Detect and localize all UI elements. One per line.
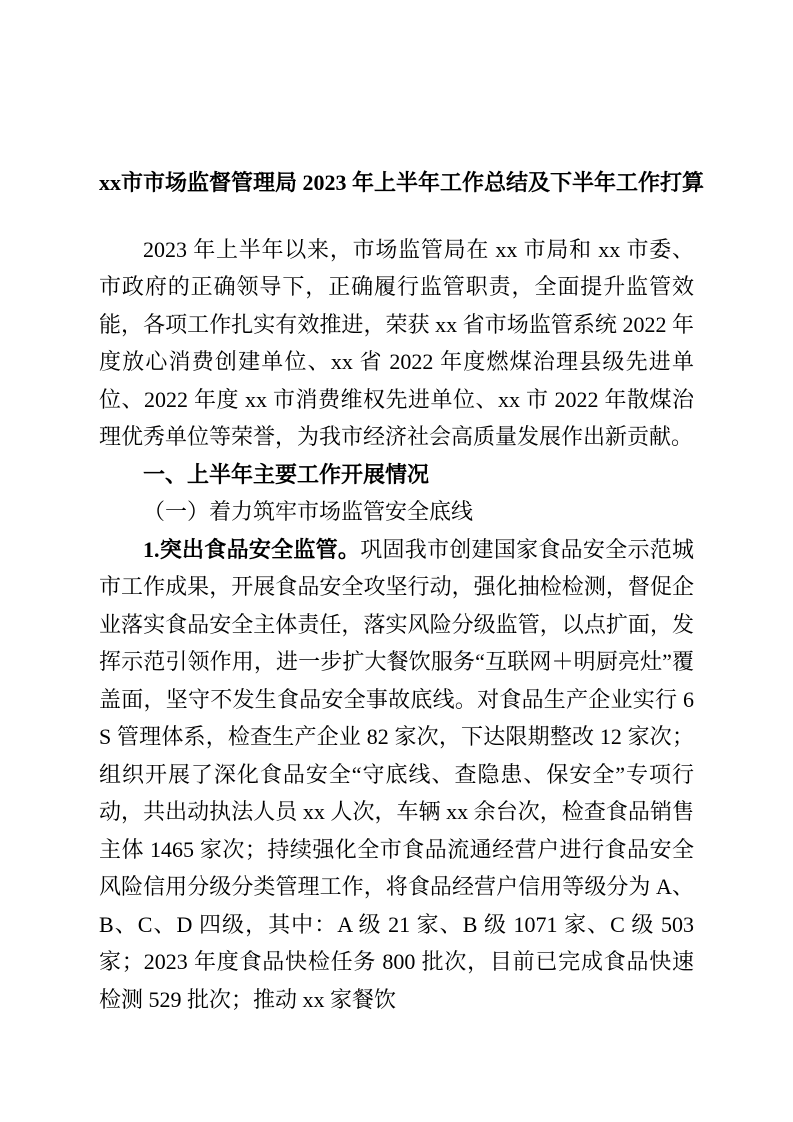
heading1: 一、上半年主要工作开展情况 [99,456,694,494]
document-body: 2023 年上半年以来，市场监管局在 xx 市局和 xx 市委、市政府的正确领导… [99,231,694,1019]
document-title: xx市市场监督管理局 2023 年上半年工作总结及下半年工作打算 [99,164,694,202]
heading2: （一）着力筑牢市场监管安全底线 [99,493,694,531]
paragraph-lead: 1.突出食品安全监管。 [143,537,360,562]
paragraph: 1.突出食品安全监管。巩固我市创建国家食品安全示范城市工作成果，开展食品安全攻坚… [99,531,694,1019]
document-content: xx市市场监督管理局 2023 年上半年工作总结及下半年工作打算 2023 年上… [99,0,694,1018]
paragraph: 2023 年上半年以来，市场监管局在 xx 市局和 xx 市委、市政府的正确领导… [99,231,694,456]
document-page: xx市市场监督管理局 2023 年上半年工作总结及下半年工作打算 2023 年上… [0,0,793,1122]
